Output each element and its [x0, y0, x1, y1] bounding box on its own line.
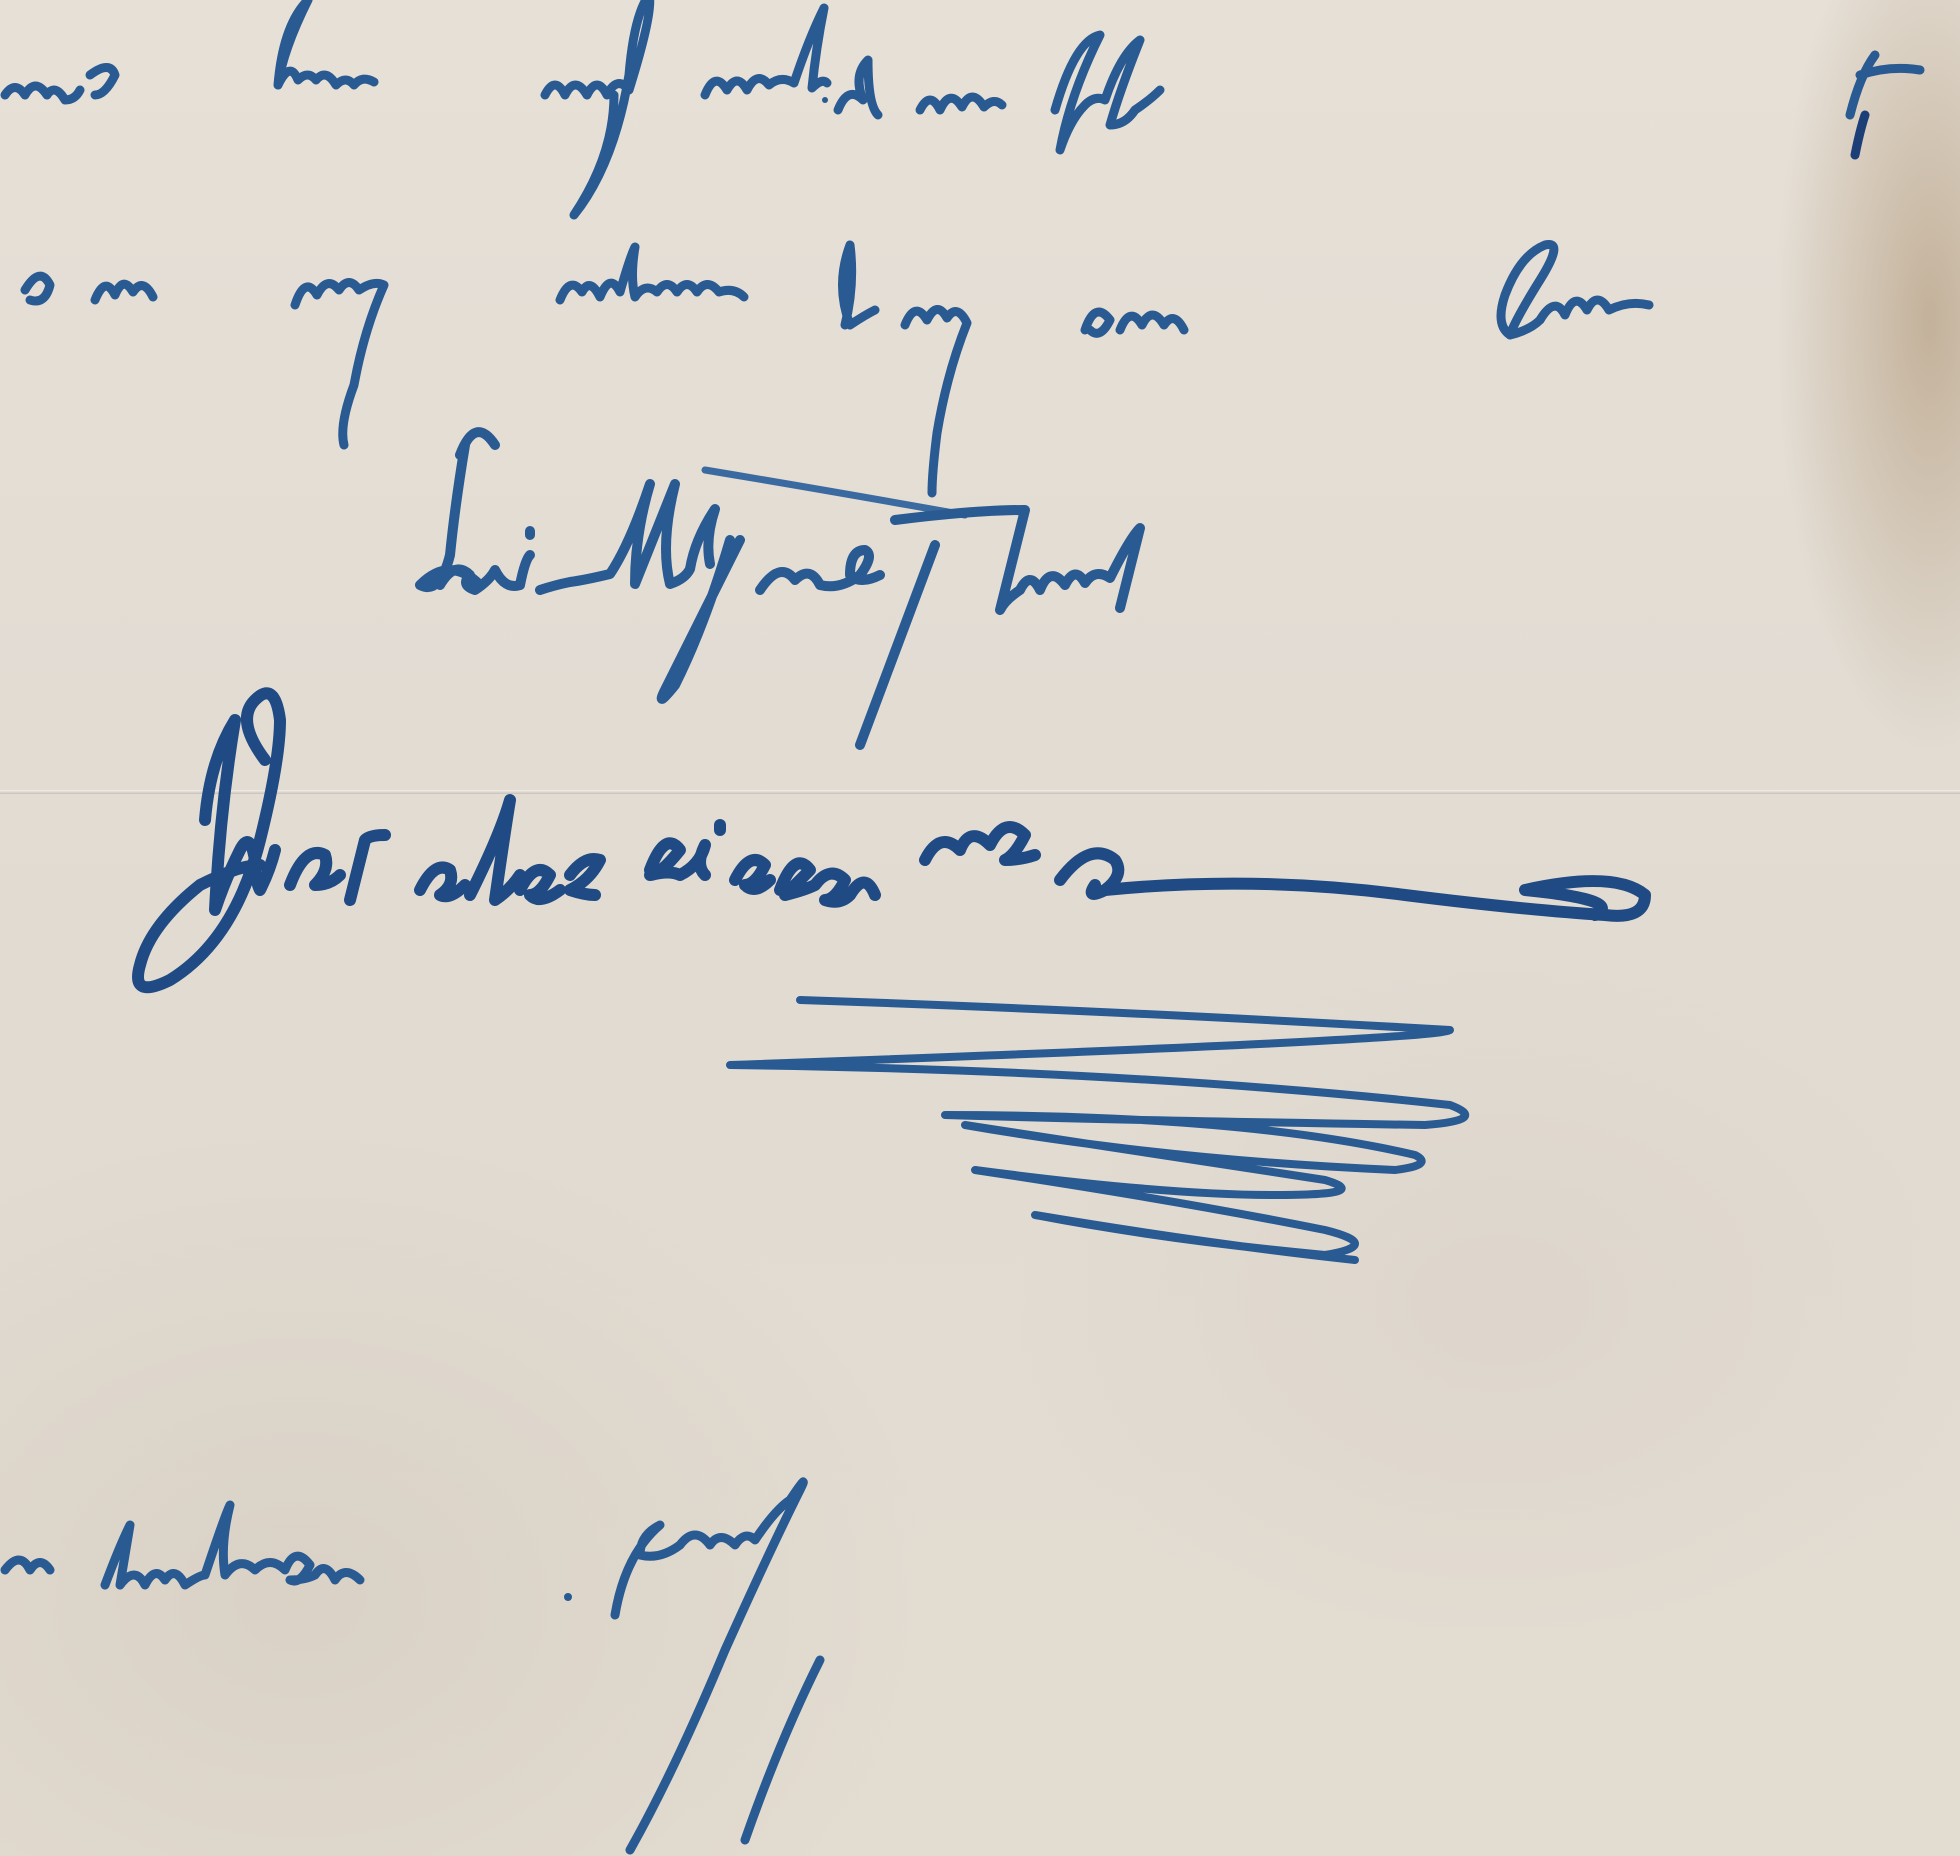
signature-script [138, 693, 1645, 987]
line2-script [25, 244, 1649, 493]
letter-paper: ...ns have only reached me just... on my… [0, 0, 1960, 1856]
signature-flourish [730, 1000, 1465, 1260]
closing-script [420, 432, 1140, 745]
postscript-script [5, 1482, 820, 1850]
handwriting-ink [0, 0, 1960, 1856]
line1-script [5, 0, 1920, 215]
